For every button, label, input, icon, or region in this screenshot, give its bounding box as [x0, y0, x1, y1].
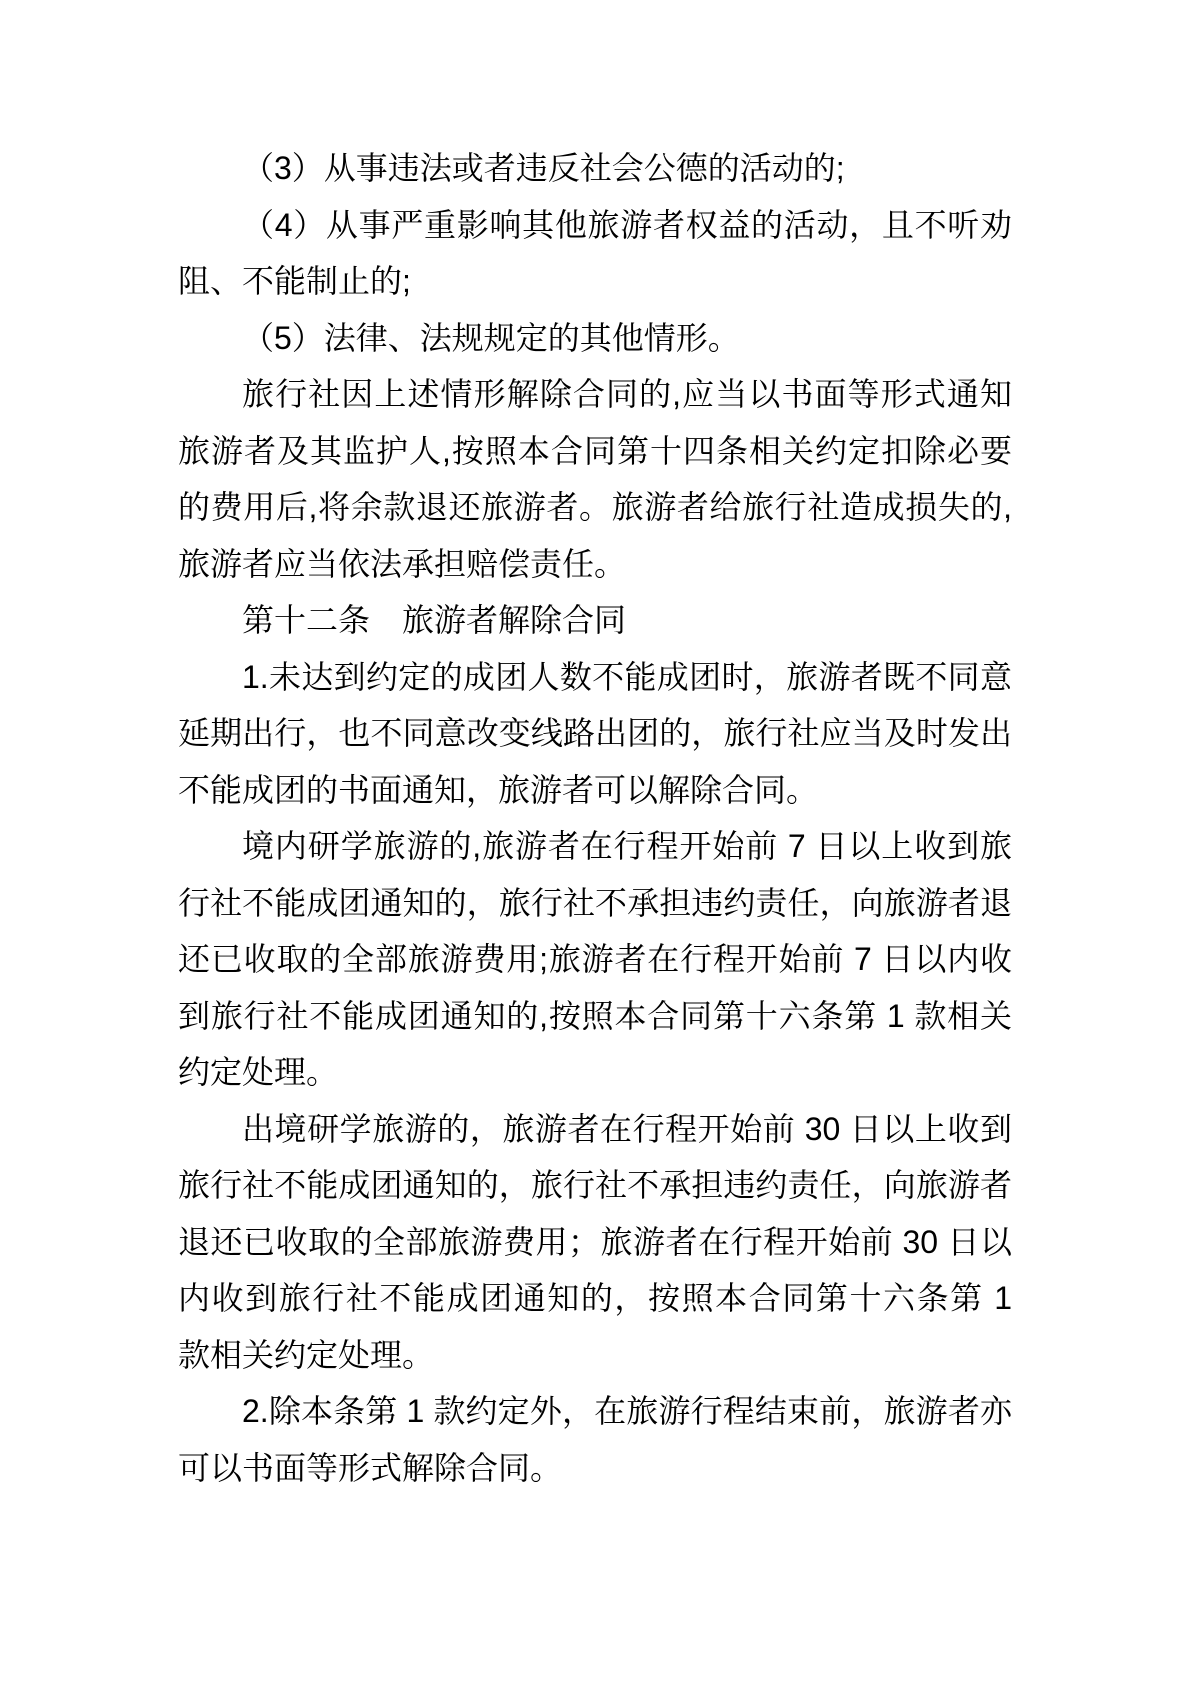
- document-page: （3）从事违法或者违反社会公德的活动的;（4）从事严重影响其他旅游者权益的活动，…: [0, 0, 1190, 1682]
- contract-paragraph-body: 旅行社因上述情形解除合同的,应当以书面等形式通知旅游者及其监护人,按照本合同第十…: [178, 366, 1012, 592]
- contract-paragraph-article-heading: 第十二条 旅游者解除合同: [178, 592, 1012, 649]
- contract-paragraph-clause-item: （5）法律、法规规定的其他情形。: [178, 310, 1012, 367]
- contract-paragraph-body: 出境研学旅游的，旅游者在行程开始前 30 日以上收到旅行社不能成团通知的，旅行社…: [178, 1101, 1012, 1384]
- contract-text-block: （3）从事违法或者违反社会公德的活动的;（4）从事严重影响其他旅游者权益的活动，…: [178, 140, 1012, 1496]
- contract-paragraph-numbered-item: 1.未达到约定的成团人数不能成团时，旅游者既不同意延期出行，也不同意改变线路出团…: [178, 649, 1012, 819]
- contract-paragraph-numbered-item: 2.除本条第 1 款约定外，在旅游行程结束前，旅游者亦可以书面等形式解除合同。: [178, 1383, 1012, 1496]
- contract-paragraph-body: 境内研学旅游的,旅游者在行程开始前 7 日以上收到旅行社不能成团通知的，旅行社不…: [178, 818, 1012, 1101]
- contract-paragraph-clause-item: （4）从事严重影响其他旅游者权益的活动，且不听劝阻、不能制止的;: [178, 197, 1012, 310]
- contract-paragraph-clause-item: （3）从事违法或者违反社会公德的活动的;: [178, 140, 1012, 197]
